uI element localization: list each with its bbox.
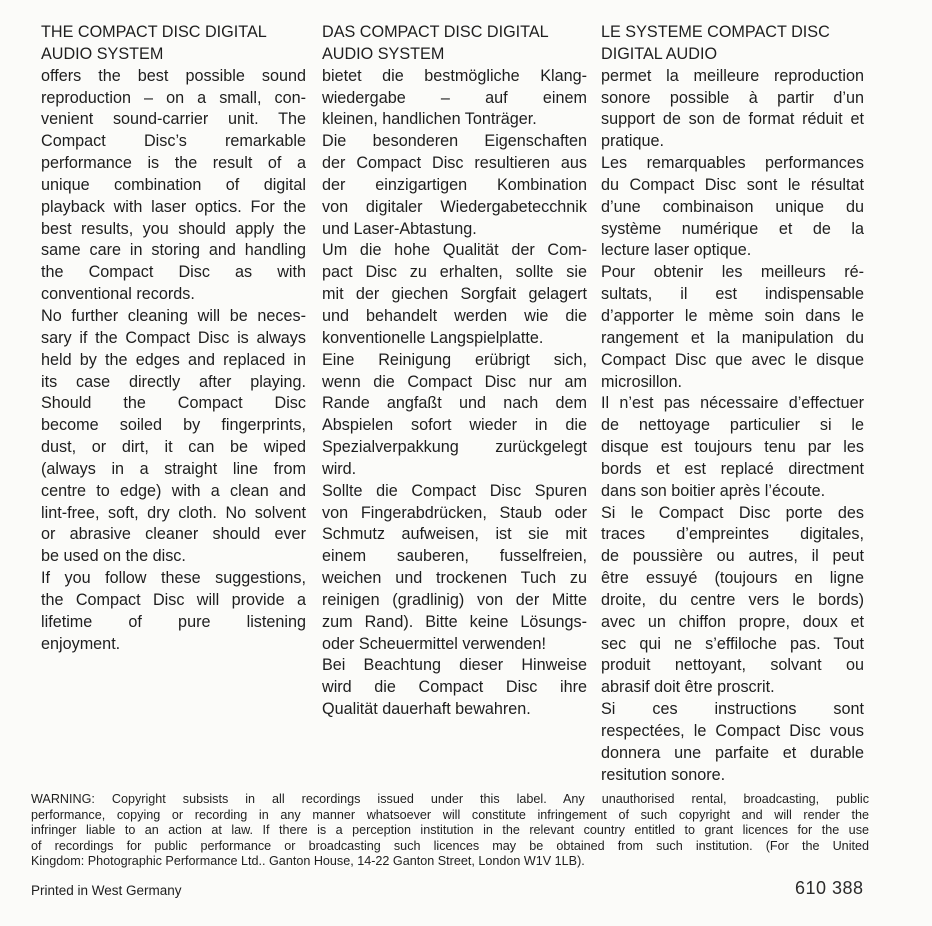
text-line: If you follow these suggestions, (41, 568, 306, 590)
text-line: bords et est replacé directment (601, 459, 864, 481)
text-line: de nettoyage particulier si le (601, 415, 864, 437)
text-line: unique combination of digital (41, 175, 306, 197)
text-line: centre to edge) with a clean and (41, 481, 306, 503)
text-line: wird. (322, 459, 587, 481)
text-line: Si le Compact Disc porte des (601, 503, 864, 525)
text-line: sec qui ne s’effiloche pas. Tout (601, 634, 864, 656)
text-line: konventionelle Langspielplatte. (322, 328, 587, 350)
warning-line: of recordings for public performance or … (31, 839, 869, 855)
text-line: Il n’est pas nécessaire d’effectuer (601, 393, 864, 415)
column-heading-line: AUDIO SYSTEM (41, 44, 306, 66)
text-line: du Compact Disc sont le résultat (601, 175, 864, 197)
paragraph: If you follow these suggestions,the Comp… (41, 568, 306, 655)
text-line: reinigen (gradlinig) von der Mitte (322, 590, 587, 612)
text-line: avec un chiffon propre, doux et (601, 612, 864, 634)
column-heading-line: DIGITAL AUDIO (601, 44, 864, 66)
text-line: (always in a straight line from (41, 459, 306, 481)
text-line: wenn die Compact Disc nur am (322, 372, 587, 394)
paragraph: Il n’est pas nécessaire d’effectuerde ne… (601, 393, 864, 502)
text-line: zum Rand). Bitte keine Lösungs- (322, 612, 587, 634)
text-line: sary if the Compact Disc is always (41, 328, 306, 350)
text-line: droite, du centre vers le bords) (601, 590, 864, 612)
text-line: the Compact Disc will provide a (41, 590, 306, 612)
paragraph: Um die hohe Qualität der Com-pact Disc z… (322, 240, 587, 349)
text-line: Abspielen sofort wieder in die (322, 415, 587, 437)
text-line: bietet die bestmögliche Klang- (322, 66, 587, 88)
copyright-warning: WARNING: Copyright subsists in all recor… (31, 792, 869, 870)
text-line: be used on the disc. (41, 546, 306, 568)
text-line: Eine Reinigung erübrigt sich, (322, 350, 587, 372)
text-line: enjoyment. (41, 634, 306, 656)
text-line: venient sound-carrier unit. The (41, 109, 306, 131)
text-line: abrasif doit être proscrit. (601, 677, 864, 699)
printed-in-label: Printed in West Germany (31, 883, 182, 898)
text-line: produit nettoyant, solvant ou (601, 655, 864, 677)
paragraph: No further cleaning will be neces-sary i… (41, 306, 306, 568)
text-line: einem sauberen, fusselfreien, (322, 546, 587, 568)
text-line: lint-free, soft, dry cloth. No solvent (41, 503, 306, 525)
text-line: pratique. (601, 131, 864, 153)
text-line: dans son boitier après l’écoute. (601, 481, 864, 503)
text-line: rangement et la manipulation du (601, 328, 864, 350)
text-line: de poussière ou autres, il peut (601, 546, 864, 568)
text-line: become soiled by fingerprints, (41, 415, 306, 437)
text-line: traces d’empreintes digitales, (601, 524, 864, 546)
text-line: conventional records. (41, 284, 306, 306)
paragraph: permet la meilleure reproductionsonore p… (601, 66, 864, 153)
warning-line: performance, copying or recording in any… (31, 808, 869, 824)
text-line: the Compact Disc as with (41, 262, 306, 284)
paragraph: Pour obtenir les meilleurs ré-sultats, i… (601, 262, 864, 393)
text-line: playback with laser optics. For the (41, 197, 306, 219)
paragraph: offers the best possible soundreproducti… (41, 66, 306, 306)
text-line: der einzigartigen Kombination (322, 175, 587, 197)
text-line: best results, you should apply the (41, 219, 306, 241)
paragraph: Les remarquables performancesdu Compact … (601, 153, 864, 262)
text-line: der Compact Disc resultieren aus (322, 153, 587, 175)
text-line: wird die Compact Disc ihre (322, 677, 587, 699)
english-column: THE COMPACT DISC DIGITALAUDIO SYSTEMoffe… (41, 22, 306, 655)
text-line: its case directly after playing. (41, 372, 306, 394)
catalog-number: 610 388 (795, 878, 864, 899)
text-line: d’apporter le mème soin dans le (601, 306, 864, 328)
text-line: dust, or dirt, it can be wiped (41, 437, 306, 459)
text-line: permet la meilleure reproduction (601, 66, 864, 88)
text-line: same care in storing and handling (41, 240, 306, 262)
text-line: Les remarquables performances (601, 153, 864, 175)
text-line: No further cleaning will be neces- (41, 306, 306, 328)
text-line: Pour obtenir les meilleurs ré- (601, 262, 864, 284)
text-line: Si ces instructions sont (601, 699, 864, 721)
text-line: Um die hohe Qualität der Com- (322, 240, 587, 262)
text-line: mit der giechen Sorgfait gelagert (322, 284, 587, 306)
french-column: LE SYSTEME COMPACT DISCDIGITAL AUDIOperm… (601, 22, 864, 787)
text-line: Schmutz aufweisen, ist sie mit (322, 524, 587, 546)
text-line: Compact Disc’s remarkable (41, 131, 306, 153)
paragraph: Si ces instructions sontrespectées, le C… (601, 699, 864, 786)
paragraph: Si le Compact Disc porte destraces d’emp… (601, 503, 864, 700)
text-line: Die besonderen Eigenschaften (322, 131, 587, 153)
text-line: Should the Compact Disc (41, 393, 306, 415)
paragraph: Bei Beachtung dieser Hinweisewird die Co… (322, 655, 587, 721)
text-line: respectées, le Compact Disc vous (601, 721, 864, 743)
german-column: DAS COMPACT DISC DIGITALAUDIO SYSTEMbiet… (322, 22, 587, 721)
text-line: und Laser-Abtastung. (322, 219, 587, 241)
text-line: reproduction – on a small, con- (41, 88, 306, 110)
text-line: support de son de format réduit et (601, 109, 864, 131)
text-line: oder Scheuermittel verwenden! (322, 634, 587, 656)
warning-line: WARNING: Copyright subsists in all recor… (31, 792, 869, 808)
text-line: und behandelt werden wie die (322, 306, 587, 328)
text-line: Rande angfaßt und nach dem (322, 393, 587, 415)
paragraph: bietet die bestmögliche Klang-wiedergabe… (322, 66, 587, 132)
text-line: or abrasive cleaner should ever (41, 524, 306, 546)
text-line: von Fingerabdrücken, Staub oder (322, 503, 587, 525)
paragraph: Sollte die Compact Disc Spurenvon Finger… (322, 481, 587, 656)
text-line: performance is the result of a (41, 153, 306, 175)
text-line: Compact Disc que avec le disque (601, 350, 864, 372)
text-line: resitution sonore. (601, 765, 864, 787)
paragraph: Die besonderen Eigenschaftender Compact … (322, 131, 587, 240)
text-line: held by the edges and replaced in (41, 350, 306, 372)
warning-line: infringer liable to an action at law. If… (31, 823, 869, 839)
text-line: sultats, il est indispensable (601, 284, 864, 306)
text-line: Bei Beachtung dieser Hinweise (322, 655, 587, 677)
text-line: lecture laser optique. (601, 240, 864, 262)
text-line: disque est toujours tenu par les (601, 437, 864, 459)
text-line: offers the best possible sound (41, 66, 306, 88)
warning-line: Kingdom: Photographic Performance Ltd.. … (31, 854, 869, 870)
text-line: lifetime of pure listening (41, 612, 306, 634)
column-heading-line: AUDIO SYSTEM (322, 44, 587, 66)
text-line: Sollte die Compact Disc Spuren (322, 481, 587, 503)
text-line: microsillon. (601, 372, 864, 394)
column-heading-line: THE COMPACT DISC DIGITAL (41, 22, 306, 44)
column-heading-line: LE SYSTEME COMPACT DISC (601, 22, 864, 44)
column-heading-line: DAS COMPACT DISC DIGITAL (322, 22, 587, 44)
text-line: donnera une parfaite et durable (601, 743, 864, 765)
text-line: d’une combinaison unique du (601, 197, 864, 219)
paragraph: Eine Reinigung erübrigt sich,wenn die Co… (322, 350, 587, 481)
text-line: sonore possible à partir d’un (601, 88, 864, 110)
text-line: Qualität dauerhaft bewahren. (322, 699, 587, 721)
text-line: être essuyé (toujours en ligne (601, 568, 864, 590)
text-line: kleinen, handlichen Tonträger. (322, 109, 587, 131)
text-line: weichen und trockenen Tuch zu (322, 568, 587, 590)
text-line: von digitaler Wiedergabetecchnik (322, 197, 587, 219)
text-line: pact Disc zu erhalten, sollte sie (322, 262, 587, 284)
text-line: système numérique et de la (601, 219, 864, 241)
text-line: wiedergabe – auf einem (322, 88, 587, 110)
text-line: Spezialverpakkung zurückgelegt (322, 437, 587, 459)
